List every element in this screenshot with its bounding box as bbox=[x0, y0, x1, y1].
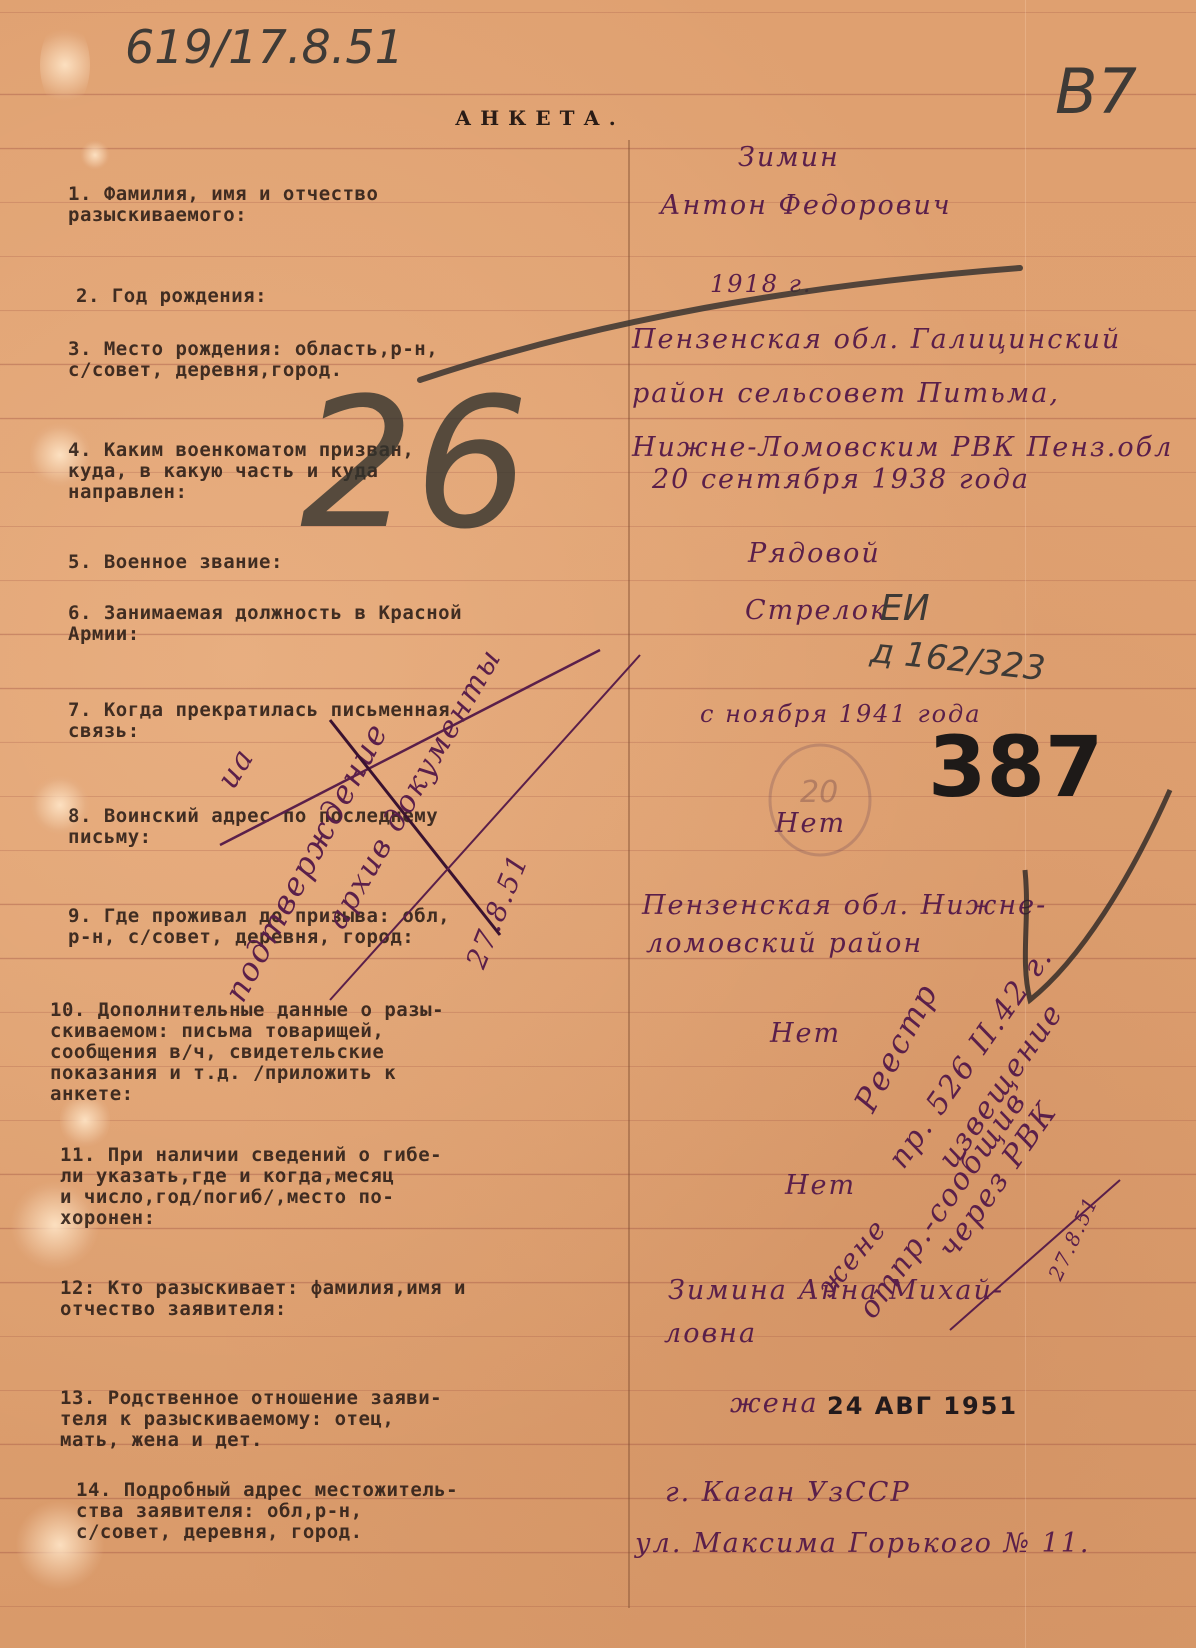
right-note-date: 27.8.51 bbox=[1043, 1192, 1103, 1284]
diagonal-note-date: 27.8.51 bbox=[459, 849, 535, 973]
field-value-11: Нет bbox=[785, 1170, 856, 1201]
file-reference: 619/17.8.51 bbox=[125, 20, 404, 74]
field-value-12-line2: ловна bbox=[664, 1318, 757, 1349]
document-title: АНКЕТА. bbox=[455, 106, 625, 130]
field-label-10: 10. Дополнительные данные о разы- скивае… bbox=[50, 1000, 444, 1105]
field-label-1: 1. Фамилия, имя и отчество разыскиваемог… bbox=[68, 184, 378, 226]
field-label-12: 12: Кто разыскивает: фамилия,имя и отчес… bbox=[60, 1278, 466, 1320]
field-value-14-line1: г. Каган УзССР bbox=[665, 1477, 911, 1508]
torn-edge bbox=[40, 20, 90, 110]
field-value-5: Рядовой bbox=[748, 538, 881, 569]
case-number: 387 bbox=[928, 718, 1103, 816]
column-divider bbox=[628, 140, 630, 1608]
field-value-4-line2: 20 сентября 1938 года bbox=[652, 464, 1030, 495]
field-label-5: 5. Военное звание: bbox=[68, 552, 283, 573]
field-value-10: Нет bbox=[770, 1018, 841, 1049]
field-value-9-line1: Пензенская обл. Нижне- bbox=[642, 890, 1047, 921]
unit-number-note: д 162/323 bbox=[868, 631, 1047, 689]
field-value-3-line2: район сельсовет Питьма, bbox=[632, 378, 1060, 409]
paper-fold bbox=[1025, 0, 1026, 1648]
field-value-1-name: Антон Федорович bbox=[660, 190, 952, 221]
field-label-6: 6. Занимаемая должность в Красной Армии: bbox=[68, 603, 462, 645]
field-label-11: 11. При наличии сведений о гибе- ли указ… bbox=[60, 1145, 442, 1229]
corner-mark: В7 bbox=[1055, 55, 1137, 128]
date-stamp: 24 АВГ 1951 bbox=[827, 1392, 1018, 1420]
field-value-6: Стрелок bbox=[745, 595, 888, 626]
questionnaire-page: 619/17.8.51 В7 АНКЕТА. 1. Фамилия, имя и… bbox=[0, 0, 1196, 1648]
field-value-4-line1: Нижне-Ломовским РВК Пенз.обл bbox=[632, 432, 1173, 463]
field-value-1-surname: Зимин bbox=[738, 142, 840, 173]
large-pencil-number: 26 bbox=[300, 360, 529, 569]
diagonal-note-1: иа bbox=[210, 741, 262, 795]
faded-stamp-number: 20 bbox=[800, 775, 838, 810]
field-value-8: Нет bbox=[775, 808, 846, 839]
field-label-14: 14. Подробный адрес местожитель- ства за… bbox=[76, 1480, 458, 1543]
field-label-2: 2. Год рождения: bbox=[76, 286, 267, 307]
unit-code-note: ЕИ bbox=[880, 588, 930, 629]
field-value-9-line2: ломовский район bbox=[646, 928, 923, 959]
field-value-3-line1: Пензенская обл. Галицинский bbox=[632, 324, 1121, 355]
field-value-2: 1918 г. bbox=[710, 270, 812, 298]
field-value-13: жена bbox=[730, 1388, 819, 1419]
field-label-13: 13. Родственное отношение заяви- теля к … bbox=[60, 1388, 442, 1451]
field-value-14-line2: ул. Максима Горького № 11. bbox=[635, 1528, 1091, 1559]
punch-hole bbox=[80, 140, 110, 170]
